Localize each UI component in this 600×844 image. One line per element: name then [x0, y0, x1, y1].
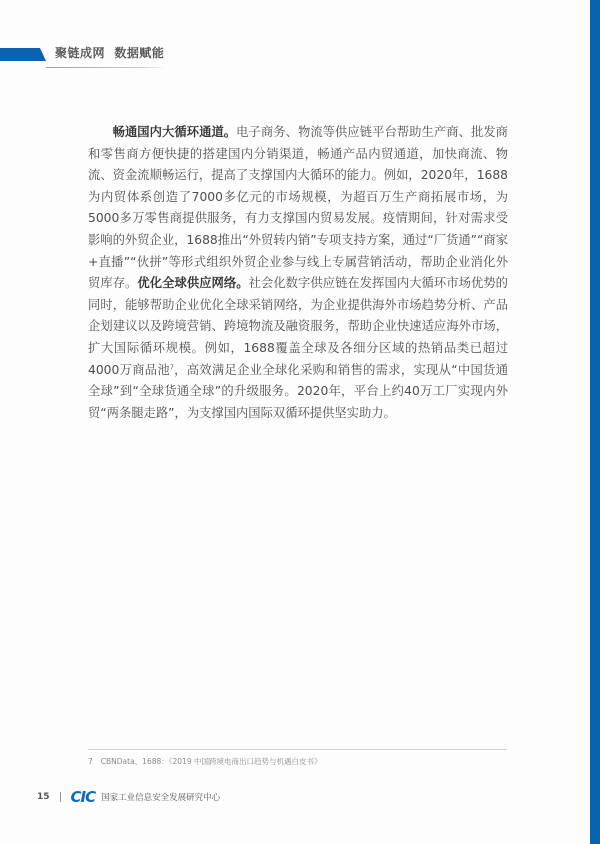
footnote-mark: 7 — [88, 757, 93, 766]
page-footer: 15 CIC 国家工业信息安全发展研究中心 — [37, 788, 220, 806]
lead-heading-domestic-circulation: 畅通国内大循环通道。 — [113, 125, 237, 139]
cic-logo-icon: CIC — [71, 788, 96, 806]
header-accent-bar — [0, 48, 46, 61]
footnote-divider — [88, 749, 507, 750]
lead-heading-global-supply: 优化全球供应网络。 — [137, 276, 248, 290]
body-text-segment: 电子商务、物流等供应链平台帮助生产商、批发商和零售商方便快捷的搭建国内分销渠道，… — [88, 125, 508, 290]
section-header-title: 聚链成网 数据赋能 — [55, 44, 164, 61]
organization-name: 国家工业信息安全发展研究中心 — [101, 791, 220, 803]
footer-separator — [60, 792, 61, 802]
body-text-segment: 社会化数字供应链在发挥国内大循环市场优势的同时，能够帮助企业优化全球采销网络，为… — [88, 276, 508, 376]
page-number: 15 — [37, 792, 50, 802]
page-edge-stripe — [590, 0, 600, 844]
footnote-text: CBNData、1688：《2019 中国跨境电商出口趋势与机遇白皮书》 — [101, 757, 322, 766]
header-divider — [46, 67, 166, 68]
footnote: 7CBNData、1688：《2019 中国跨境电商出口趋势与机遇白皮书》 — [88, 756, 322, 767]
body-paragraph: 畅通国内大循环通道。电子商务、物流等供应链平台帮助生产商、批发商和零售商方便快捷… — [88, 122, 508, 424]
